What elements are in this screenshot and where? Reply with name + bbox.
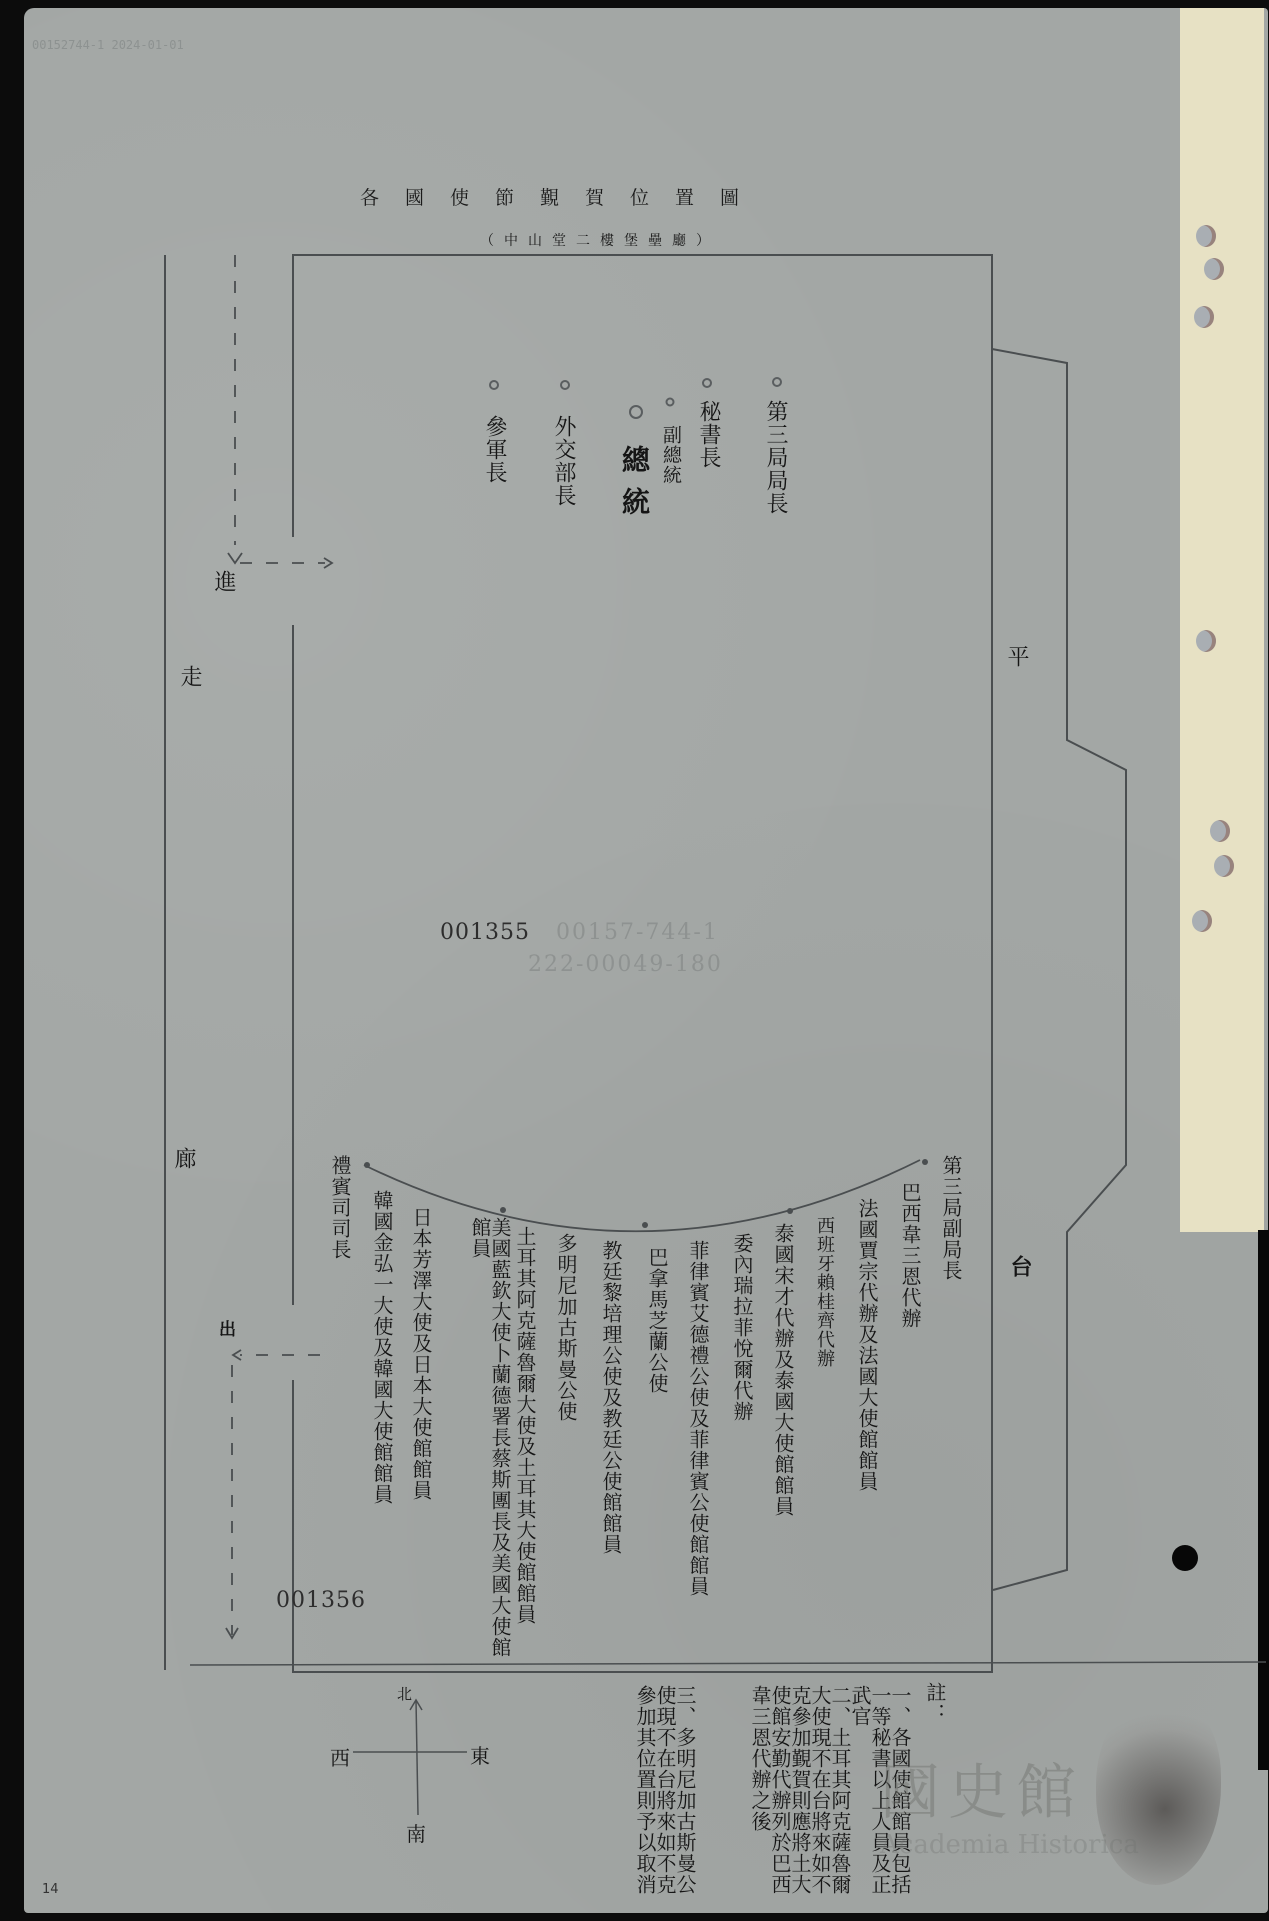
guest-8: 教廷黎培理公使及教廷公使館館員	[601, 1240, 621, 1640]
exit-label: 出	[216, 1320, 233, 1338]
archive-stamp-2: 001356	[276, 1588, 366, 1613]
guest-5: 委內瑞拉菲悅爾代辦	[732, 1233, 752, 1422]
watermark-logo: 國史館	[880, 1745, 1084, 1831]
corridor-label-2: 廊	[172, 1147, 194, 1170]
seat-vice-president: 副總統	[661, 425, 680, 485]
guest-13: 韓國金弘一大使及韓國大使館館員	[372, 1190, 392, 1520]
platform-label-2: 台	[1008, 1255, 1030, 1278]
faint-code-1: 00157-744-1	[556, 920, 719, 945]
compass-north: 北	[397, 1683, 412, 1704]
faint-code-2: 222-00049-180	[528, 952, 723, 977]
guest-3: 西班牙賴桂齊代辦	[815, 1216, 833, 1368]
page-number: 14	[42, 1882, 59, 1897]
top-faint-print: 00152744-1 2024-01-01	[32, 38, 184, 52]
compass-west: 西	[330, 1742, 350, 1771]
page-title: 各國使節覲賀位置圖	[360, 183, 765, 210]
guest-0: 第三局副局長	[941, 1155, 961, 1281]
seat-secretary-general: 秘書長	[697, 400, 719, 469]
seat-foreign-minister: 外交部長	[552, 415, 574, 507]
entrance-label: 進	[212, 570, 234, 593]
guest-11: 美國藍欽大使卜蘭德署長蔡斯團長及美國大使館館員	[470, 1217, 510, 1667]
seat-chief-military-aide: 參軍長	[483, 415, 505, 484]
guest-1: 巴西韋三恩代辦	[900, 1182, 920, 1329]
watermark-latin: Academia Historica	[880, 1830, 1139, 1860]
corridor-label-1: 走	[178, 665, 200, 688]
guest-6: 菲律賓艾德禮公使及菲律賓公使館館員	[688, 1240, 708, 1640]
guest-14: 禮賓司司長	[330, 1155, 350, 1260]
compass-east: 東	[470, 1740, 490, 1769]
guest-7: 巴拿馬芝蘭公使	[647, 1247, 667, 1394]
page-subtitle: （中山堂二樓堡壘廳）	[480, 230, 720, 250]
guest-9: 多明尼加古斯曼公使	[556, 1233, 576, 1422]
seat-third-bureau-director: 第三局局長	[764, 400, 786, 515]
guest-12: 日本芳澤大使及日本大使館館員	[411, 1207, 431, 1537]
guest-2: 法國賈宗代辦及法國大使館館員	[857, 1198, 877, 1498]
seat-president: 總統	[620, 445, 648, 529]
note-3: 三、多明尼加古斯曼公使現不在台將來如不克參加其位置則予以取消	[605, 1685, 695, 1915]
guest-4: 泰國宋才代辦及泰國大使館館員	[773, 1223, 793, 1543]
compass-south: 南	[406, 1818, 426, 1847]
guest-10: 土耳其阿克薩魯爾大使及土耳其大使館館員	[515, 1226, 535, 1646]
platform-label-1: 平	[1005, 645, 1027, 668]
archive-stamp-1: 001355	[440, 920, 530, 945]
note-2: 二、土耳其阿克薩魯爾大使現不在台將來如不克參加覲賀則應將土大使館安勤代辦列於巴西…	[740, 1685, 850, 1915]
notes-heading: 註：	[925, 1682, 945, 1724]
